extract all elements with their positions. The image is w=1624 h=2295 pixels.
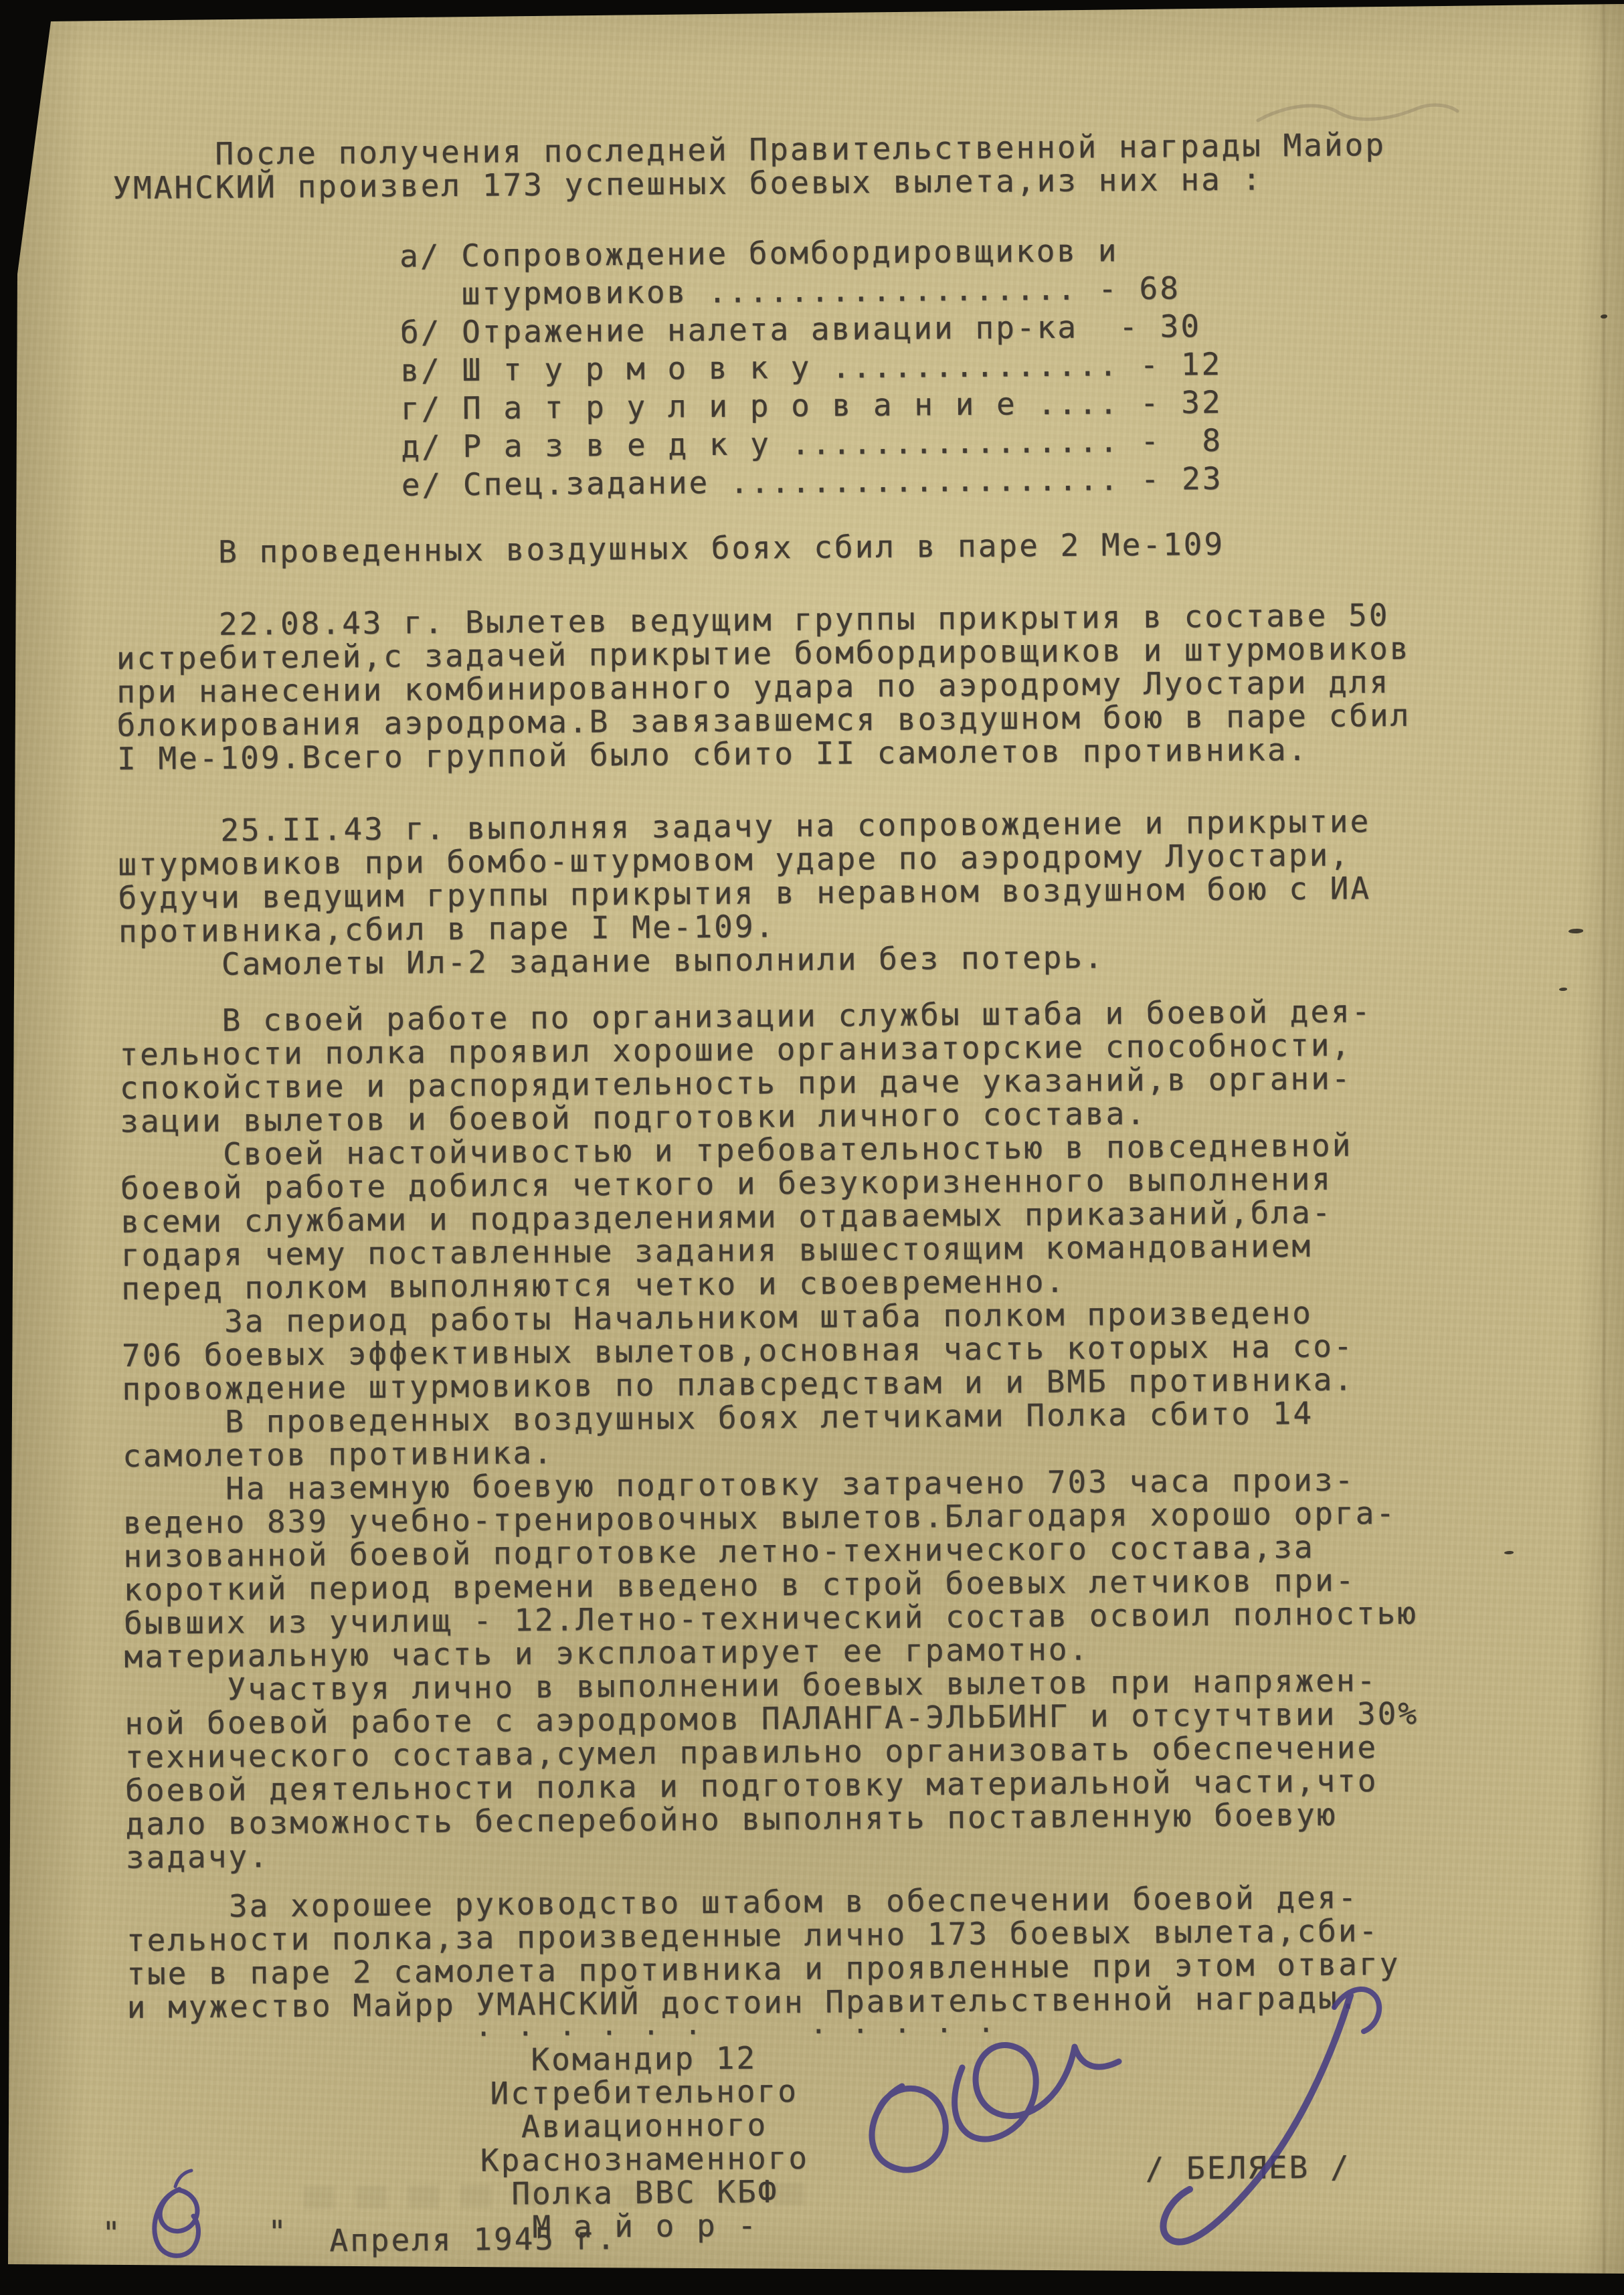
combat-episode-2: 25.II.43 г. выполняя задачу на сопровожд… (118, 803, 1584, 982)
date-close-quote: " (268, 2215, 288, 2248)
intro-paragraph: После получения последней Правительствен… (112, 126, 1578, 205)
date-open-quote: " (102, 2216, 122, 2250)
staff-work-paragraphs: В своей работе по организации службы шта… (119, 993, 1591, 1874)
combat-episode-1: 22.08.43 г. Вылетев ведущим группы прикр… (116, 597, 1582, 775)
date-text: Апреля 1945 г. (329, 2221, 617, 2257)
document-content: После получения последней Правительствен… (0, 0, 1624, 2295)
commander-title-line2: Авиационного Краснознаменного (377, 2107, 913, 2178)
dotted-separator: . . . . . . . . . . . (475, 2006, 999, 2043)
document-paper: После получения последней Правительствен… (0, 0, 1624, 2295)
commander-title-line1: Командир 12 Истребительного (376, 2040, 912, 2111)
sortie-breakdown-list: а/ Сопровождение бомбордировщиков и штур… (399, 228, 1580, 504)
conclusion-paragraph: За хорошее руководство штабом в обеспече… (126, 1879, 1592, 2024)
erased-text-trace (304, 2183, 826, 2209)
signature-block: Командир 12 Истребительного Авиационного… (376, 2040, 913, 2245)
air-victories-line: В проведенных воздушных боях сбил в паре… (115, 525, 1580, 569)
commander-name: / БЕЛЯЕВ / (1145, 2150, 1350, 2185)
